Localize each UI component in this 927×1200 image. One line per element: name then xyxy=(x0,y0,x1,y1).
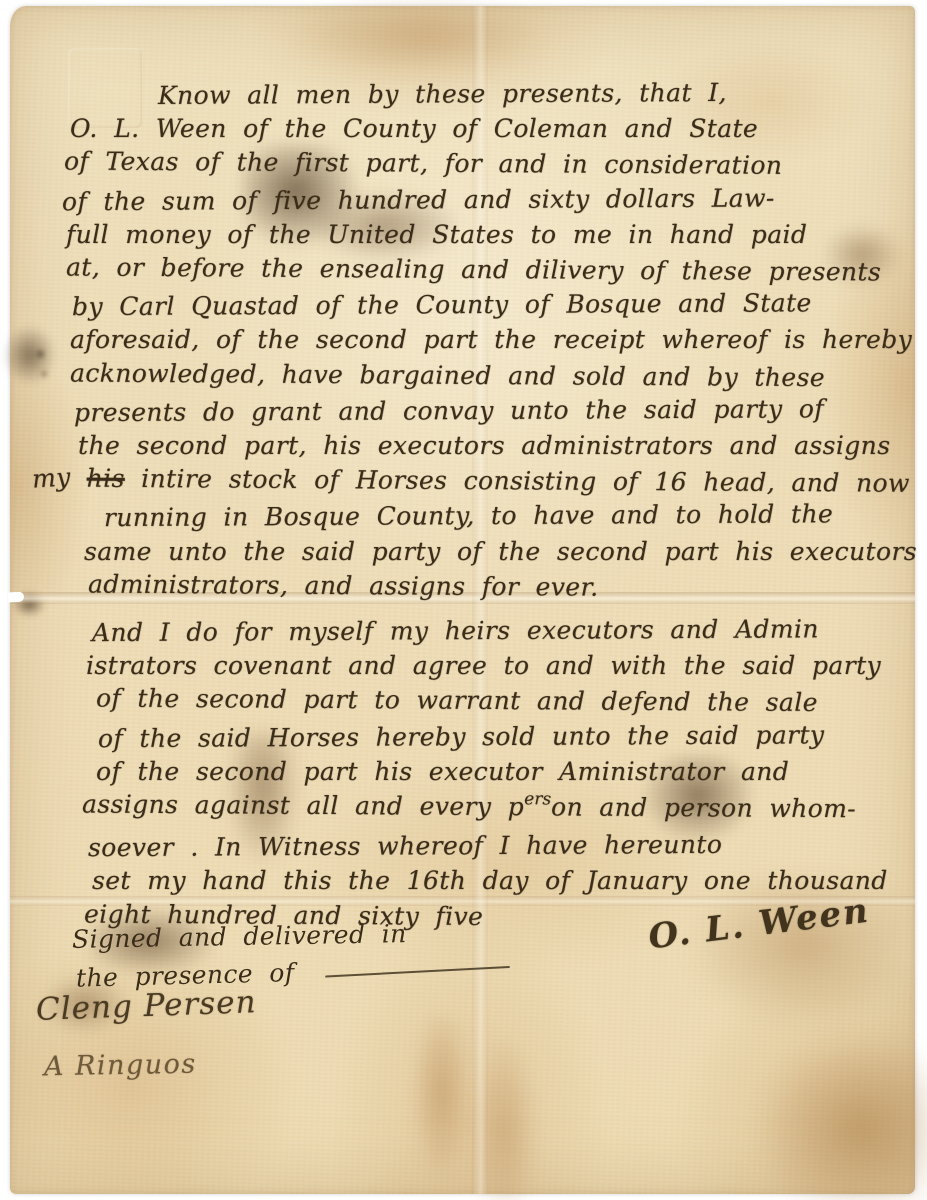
witness-signature-2: A Ringuos xyxy=(44,1049,197,1083)
presence-line: the presence of xyxy=(76,952,510,992)
text-line: assigns against all and every person and… xyxy=(82,787,900,831)
superscript-correction: ers xyxy=(524,790,551,810)
text-line: of Texas of the first part, for and in c… xyxy=(64,144,900,184)
text-line: of the second part to warrant and defend… xyxy=(96,681,900,721)
pen-flourish xyxy=(325,965,510,977)
fold-tear-notch xyxy=(8,592,25,603)
text-line: the second part, his executors administr… xyxy=(78,428,900,463)
text-line: of the second part his executor Aministr… xyxy=(96,754,900,789)
text-line: of the said Horses hereby sold unto the … xyxy=(98,717,900,756)
text-line: running in Bosque County, to have and to… xyxy=(104,496,900,535)
text-line: set my hand this the 16th day of January… xyxy=(92,863,900,898)
text-line: myhis intire stock of Horses consisting … xyxy=(32,461,900,502)
text-line: full money of the United States to me in… xyxy=(66,217,900,252)
text-line: same unto the said party of the second p… xyxy=(84,534,900,569)
text-line: acknowledged, have bargained and sold an… xyxy=(70,355,900,395)
text-line: presents do grant and convay unto the sa… xyxy=(74,391,900,431)
left-mid-spots xyxy=(30,344,56,384)
text-line: And I do for myself my heirs executors a… xyxy=(92,611,900,650)
text-line: O. L. Ween of the County of Coleman and … xyxy=(70,111,900,146)
text-line: istrators covenant and agree to and with… xyxy=(86,648,900,683)
signed-delivered-line: Signed and delivered in xyxy=(72,919,407,954)
text-line: administrators, and assigns for ever. xyxy=(88,566,900,606)
edge-blot xyxy=(12,591,46,617)
bottom-water-streaks xyxy=(382,1016,552,1200)
text-line: of the sum of five hundred and sixty dol… xyxy=(62,179,900,219)
text-line: aforesaid, of the second part the receip… xyxy=(70,322,900,357)
edge-blot xyxy=(2,324,57,386)
witness-signature-1: Cleng Persen xyxy=(35,984,257,1028)
struck-word: his xyxy=(87,464,125,493)
text-line: Know all men by these presents, that I, xyxy=(158,74,900,113)
scanned-document-page: Know all men by these presents, that I,O… xyxy=(0,0,927,1200)
text-line: at, or before the ensealing and dilivery… xyxy=(66,249,900,289)
bottom-right-corner-stain xyxy=(760,1036,927,1200)
text-line: by Carl Quastad of the County of Bosque … xyxy=(72,285,900,325)
margin-insert-word: my xyxy=(31,460,72,498)
text-line: soever . In Witness whereof I have hereu… xyxy=(88,826,900,865)
top-edge-stain xyxy=(290,0,550,76)
paper-sheet: Know all men by these presents, that I,O… xyxy=(10,6,915,1194)
body-lines: Know all men by these presents, that I,O… xyxy=(62,76,900,934)
